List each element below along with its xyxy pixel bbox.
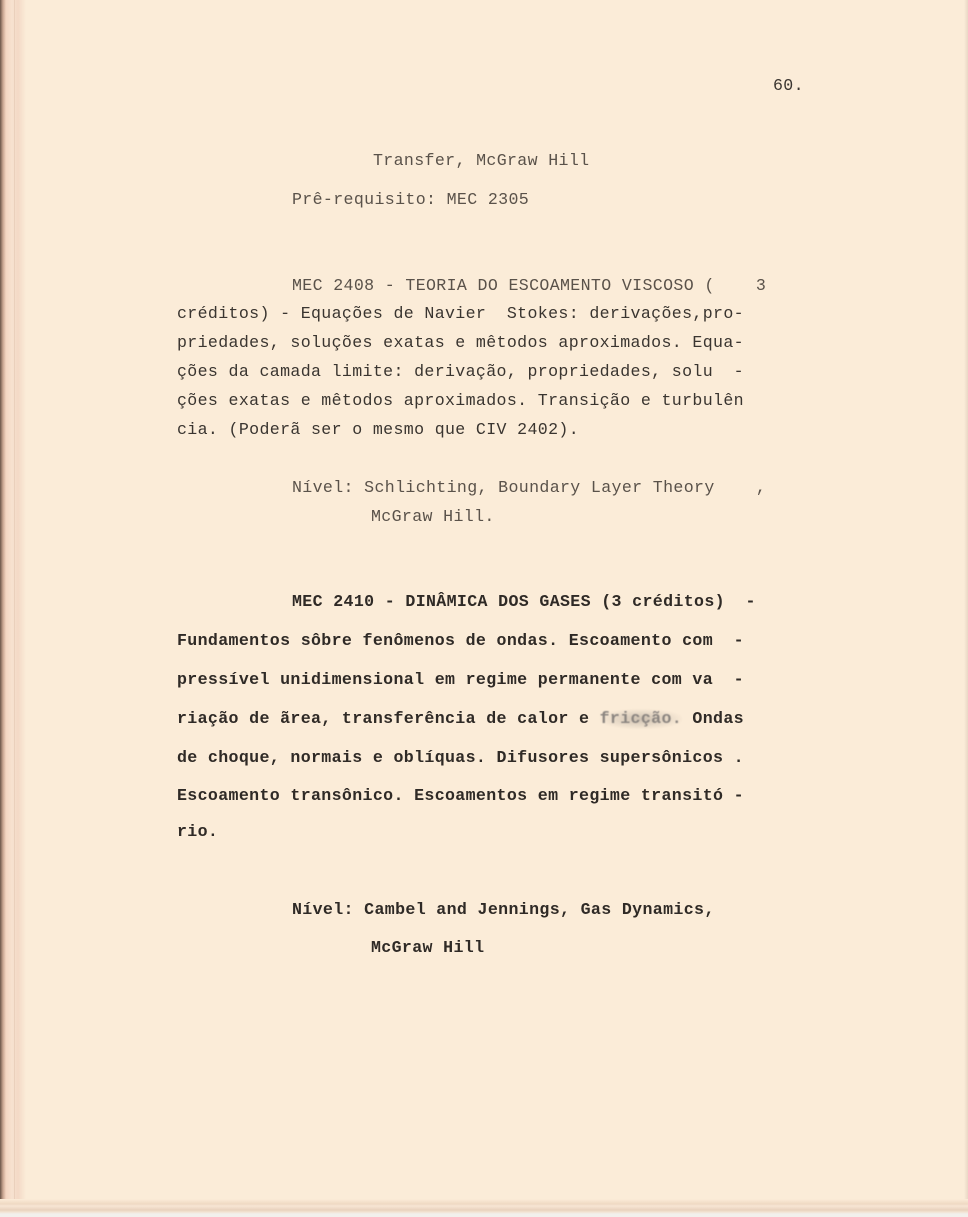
bibliography-line: Nível: Cambel and Jennings, Gas Dynamics… — [292, 900, 715, 920]
bibliography-line: McGraw Hill — [371, 938, 484, 958]
course-description-line: de choque, normais e oblíquas. Difusores… — [177, 748, 744, 768]
page-number: 60. — [773, 76, 804, 96]
course-heading: MEC 2408 - TEORIA DO ESCOAMENTO VISCOSO … — [292, 276, 766, 296]
reference-line: Transfer, McGraw Hill — [373, 151, 589, 171]
course-description-line: ções da camada limite: derivação, propri… — [177, 362, 744, 382]
smudged-word: fricção. — [600, 709, 682, 729]
course-description-line: cia. (Poderã ser o mesmo que CIV 2402). — [177, 420, 579, 440]
course-description-line: rio. — [177, 822, 218, 842]
course-description-line: pressível unidimensional em regime perma… — [177, 670, 744, 690]
page-stack-bottom-edge — [0, 1199, 968, 1217]
line-text: riação de ãrea, transferência de calor e — [177, 709, 600, 728]
course-description-line: priedades, soluções exatas e mêtodos apr… — [177, 333, 744, 353]
bibliography-line: Nível: Schlichting, Boundary Layer Theor… — [292, 478, 766, 498]
prerequisite-line: Prê-requisito: MEC 2305 — [292, 190, 529, 210]
course-heading: MEC 2410 - DINÂMICA DOS GASES (3 crédito… — [292, 592, 756, 612]
course-description-line: Fundamentos sôbre fenômenos de ondas. Es… — [177, 631, 744, 651]
course-description-line: créditos) - Equações de Navier Stokes: d… — [177, 304, 744, 324]
course-description-line: Escoamento transônico. Escoamentos em re… — [177, 786, 744, 806]
course-description-line: riação de ãrea, transferência de calor e… — [177, 709, 744, 729]
page-stack-left-edge — [0, 0, 26, 1217]
page-right-edge — [964, 0, 968, 1217]
line-text: Ondas — [682, 709, 744, 728]
course-description-line: ções exatas e mêtodos aproximados. Trans… — [177, 391, 744, 411]
bibliography-line: McGraw Hill. — [371, 507, 495, 527]
